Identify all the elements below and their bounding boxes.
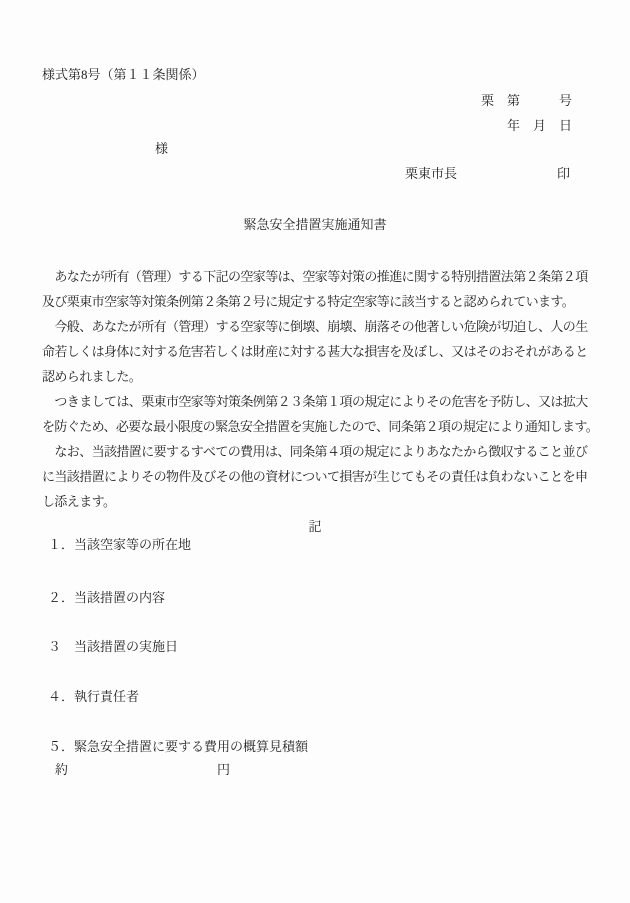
list-item-executive-officer: ４．執行責任者 [48,689,139,704]
seal-mark: 印 [557,166,570,181]
sender-name: 栗東市長 [405,166,457,181]
form-number-label: 様式第8号（第１１条関係） [42,67,205,82]
list-item-location: １．当該空家等の所在地 [48,537,191,552]
paragraph-line: 命若しくは身体に対する危害若しくは財産に対する甚大な損害を及ぼし、又はそのおそれ… [42,344,588,359]
list-item-estimated-cost: ５．緊急安全措置に要する費用の概算見積額 [48,739,308,754]
paragraph-line: なお、当該措置に要するすべての費用は、同条第４項の規定によりあなたから徴収するこ… [42,444,587,459]
paragraph-line: を防ぐため、必要な最小限度の緊急安全措置を実施したので、同条第２項の規定により通… [42,419,598,434]
paragraph-line: 今般、あなたが所有（管理）する空家等に倒壊、崩壊、崩落その他著しい危険が切迫し、… [42,319,588,334]
paragraph-line: し添えます。 [42,494,115,509]
doc-number-line: 栗 第 号 [481,93,572,108]
addressee-honorific: 様 [155,141,168,156]
paragraph-line: つきましては、栗東市空家等対策条例第２３条第１項の規定によりその危害を予防し、又… [42,394,588,409]
paragraph-line: あなたが所有（管理）する下記の空家等は、空家等対策の推進に関する特別措置法第２条… [42,269,588,284]
document-title: 緊急安全措置実施通知書 [0,217,630,232]
cost-unit-label: 円 [217,762,230,777]
record-heading: 記 [0,519,630,534]
paragraph-line: 認められました。 [42,369,141,384]
document-page: 様式第8号（第１１条関係） 栗 第 号 年 月 日 様 栗東市長 印 緊急安全措… [0,0,630,903]
cost-approx-label: 約 [55,762,68,777]
paragraph-line: 及び栗東市空家等対策条例第２条第２号に規定する特定空家等に該当すると認められてい… [42,294,574,309]
list-item-implementation-date: ３ 当該措置の実施日 [48,639,178,654]
list-item-measure-content: ２．当該措置の内容 [48,590,165,605]
issue-date-line: 年 月 日 [507,118,572,133]
paragraph-line: に当該措置によりその物件及びその他の資材について損害が生じてもその責任は負わない… [42,469,587,484]
